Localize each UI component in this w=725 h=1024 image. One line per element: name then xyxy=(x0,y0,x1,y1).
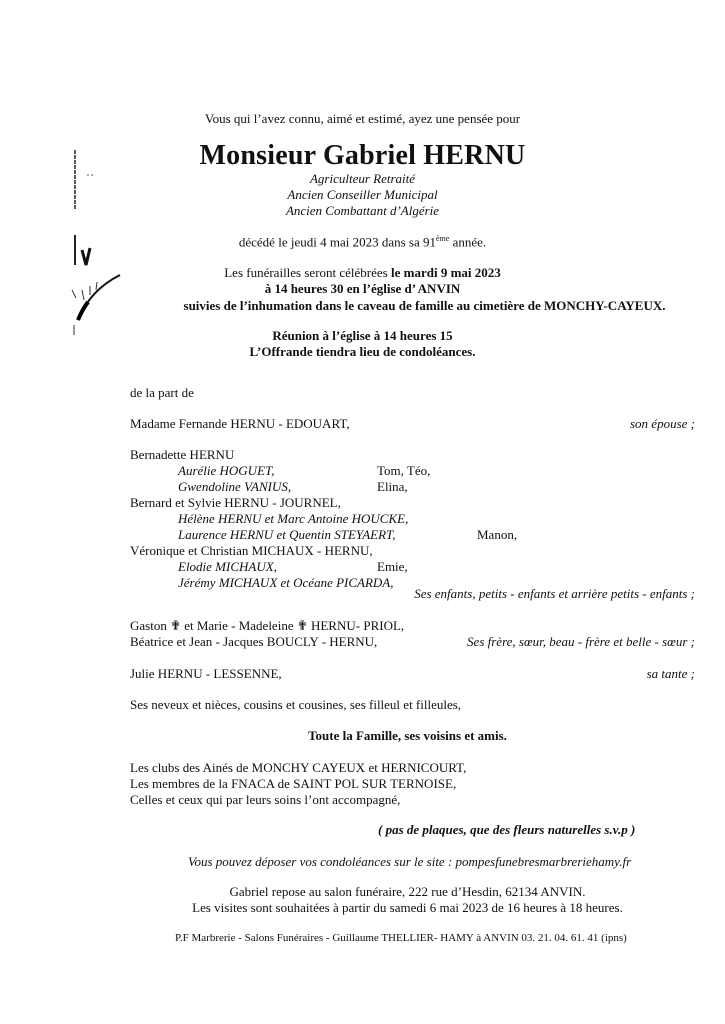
child-name: Véronique et Christian MICHAUX - HERNU, xyxy=(130,543,373,559)
child-name: Bernadette HERNU xyxy=(130,447,234,463)
others-1: Les clubs des Ainés de MONCHY CAYEUX et … xyxy=(130,760,466,776)
title-3: Ancien Combattant d’Algérie xyxy=(0,203,725,219)
great-grandchildren: Emie, xyxy=(377,559,408,575)
funeral-line-2: à 14 heures 30 en l’église d’ ANVIN xyxy=(0,281,725,297)
others-3: Celles et ceux qui par leurs soins l’ont… xyxy=(130,792,400,808)
others-2: Les membres de la FNACA de SAINT POL SUR… xyxy=(130,776,456,792)
deceased-name: Monsieur Gabriel HERNU xyxy=(0,140,725,172)
grandchild-name: Elodie MICHAUX, xyxy=(178,559,277,575)
visit-line-2: Les visites sont souhaitées à partir du … xyxy=(45,900,725,916)
sibling-1: Gaston ✟ et Marie - Madeleine ✟ HERNU- P… xyxy=(130,618,404,634)
title-1: Agriculteur Retraité xyxy=(0,171,725,187)
aunt-name: Julie HERNU - LESSENNE, xyxy=(130,666,282,682)
great-grandchildren: Tom, Téo, xyxy=(377,463,430,479)
flowers-note: ( pas de plaques, que des fleurs naturel… xyxy=(378,822,635,838)
spouse-name: Madame Fernande HERNU - EDOUART, xyxy=(130,416,350,432)
footer-funeral-home: P.F Marbrerie - Salons Funéraires - Guil… xyxy=(175,932,627,944)
sibling-2: Béatrice et Jean - Jacques BOUCLY - HERN… xyxy=(130,634,377,650)
all-family: Toute la Famille, ses voisins et amis. xyxy=(45,728,725,744)
from-label: de la part de xyxy=(130,385,194,401)
visit-line-1: Gabriel repose au salon funéraire, 222 r… xyxy=(45,884,725,900)
title-2: Ancien Conseiller Municipal xyxy=(0,187,725,203)
grandchild-name: Hélène HERNU et Marc Antoine HOUCKE, xyxy=(178,511,408,527)
great-grandchildren: Elina, xyxy=(377,479,408,495)
extended-family: Ses neveux et nièces, cousins et cousine… xyxy=(130,697,461,713)
great-grandchildren: Manon, xyxy=(477,527,517,543)
funeral-line-1: Les funérailles seront célébrées le mard… xyxy=(0,265,725,281)
grandchild-name: Laurence HERNU et Quentin STEYAERT, xyxy=(178,527,396,543)
spouse-relation: son épouse ; xyxy=(630,416,695,432)
meeting-line-2: L’Offrande tiendra lieu de condoléances. xyxy=(0,344,725,360)
grandchild-name: Jérémy MICHAUX et Océane PICARDA, xyxy=(178,575,394,591)
grandchild-name: Gwendoline VANIUS, xyxy=(178,479,291,495)
child-name: Bernard et Sylvie HERNU - JOURNEL, xyxy=(130,495,341,511)
children-relation: Ses enfants, petits - enfants et arrière… xyxy=(414,586,695,602)
intro-text: Vous qui l’avez connu, aimé et estimé, a… xyxy=(0,111,725,127)
death-notice: décédé le jeudi 4 mai 2023 dans sa 91ème… xyxy=(0,234,725,250)
aunt-relation: sa tante ; xyxy=(647,666,695,682)
funeral-line-3: suivies de l’inhumation dans le caveau d… xyxy=(62,298,725,314)
meeting-line-1: Réunion à l’église à 14 heures 15 xyxy=(0,328,725,344)
grandchild-name: Aurélie HOGUET, xyxy=(178,463,275,479)
siblings-relation: Ses frère, sœur, beau - frère et belle -… xyxy=(467,634,695,650)
condolences-note: Vous pouvez déposer vos condoléances sur… xyxy=(188,854,631,870)
